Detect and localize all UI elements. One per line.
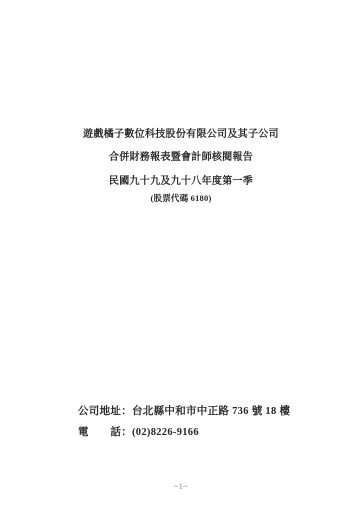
report-title-line: 合併財務報表暨會計師核閱報告 [0,152,362,163]
document-page: 遊戲橘子數位科技股份有限公司及其子公司 合併財務報表暨會計師核閱報告 民國九十九… [0,0,362,512]
cover-title-block: 遊戲橘子數位科技股份有限公司及其子公司 合併財務報表暨會計師核閱報告 民國九十九… [0,129,362,203]
company-name-line: 遊戲橘子數位科技股份有限公司及其子公司 [0,129,362,140]
page-footer: ~1~ [0,476,362,494]
company-phone-line: 電 話：(02)8226-9166 [78,427,290,438]
report-period-line: 民國九十九及九十八年度第一季 [0,176,362,187]
company-address-line: 公司地址：台北縣中和市中正路 736 號 18 樓 [78,406,290,417]
page-number: ~1~ [174,482,188,491]
contact-block: 公司地址：台北縣中和市中正路 736 號 18 樓 電 話：(02)8226-9… [78,406,290,438]
stock-code-line: (股票代碼 6180) [0,194,362,203]
